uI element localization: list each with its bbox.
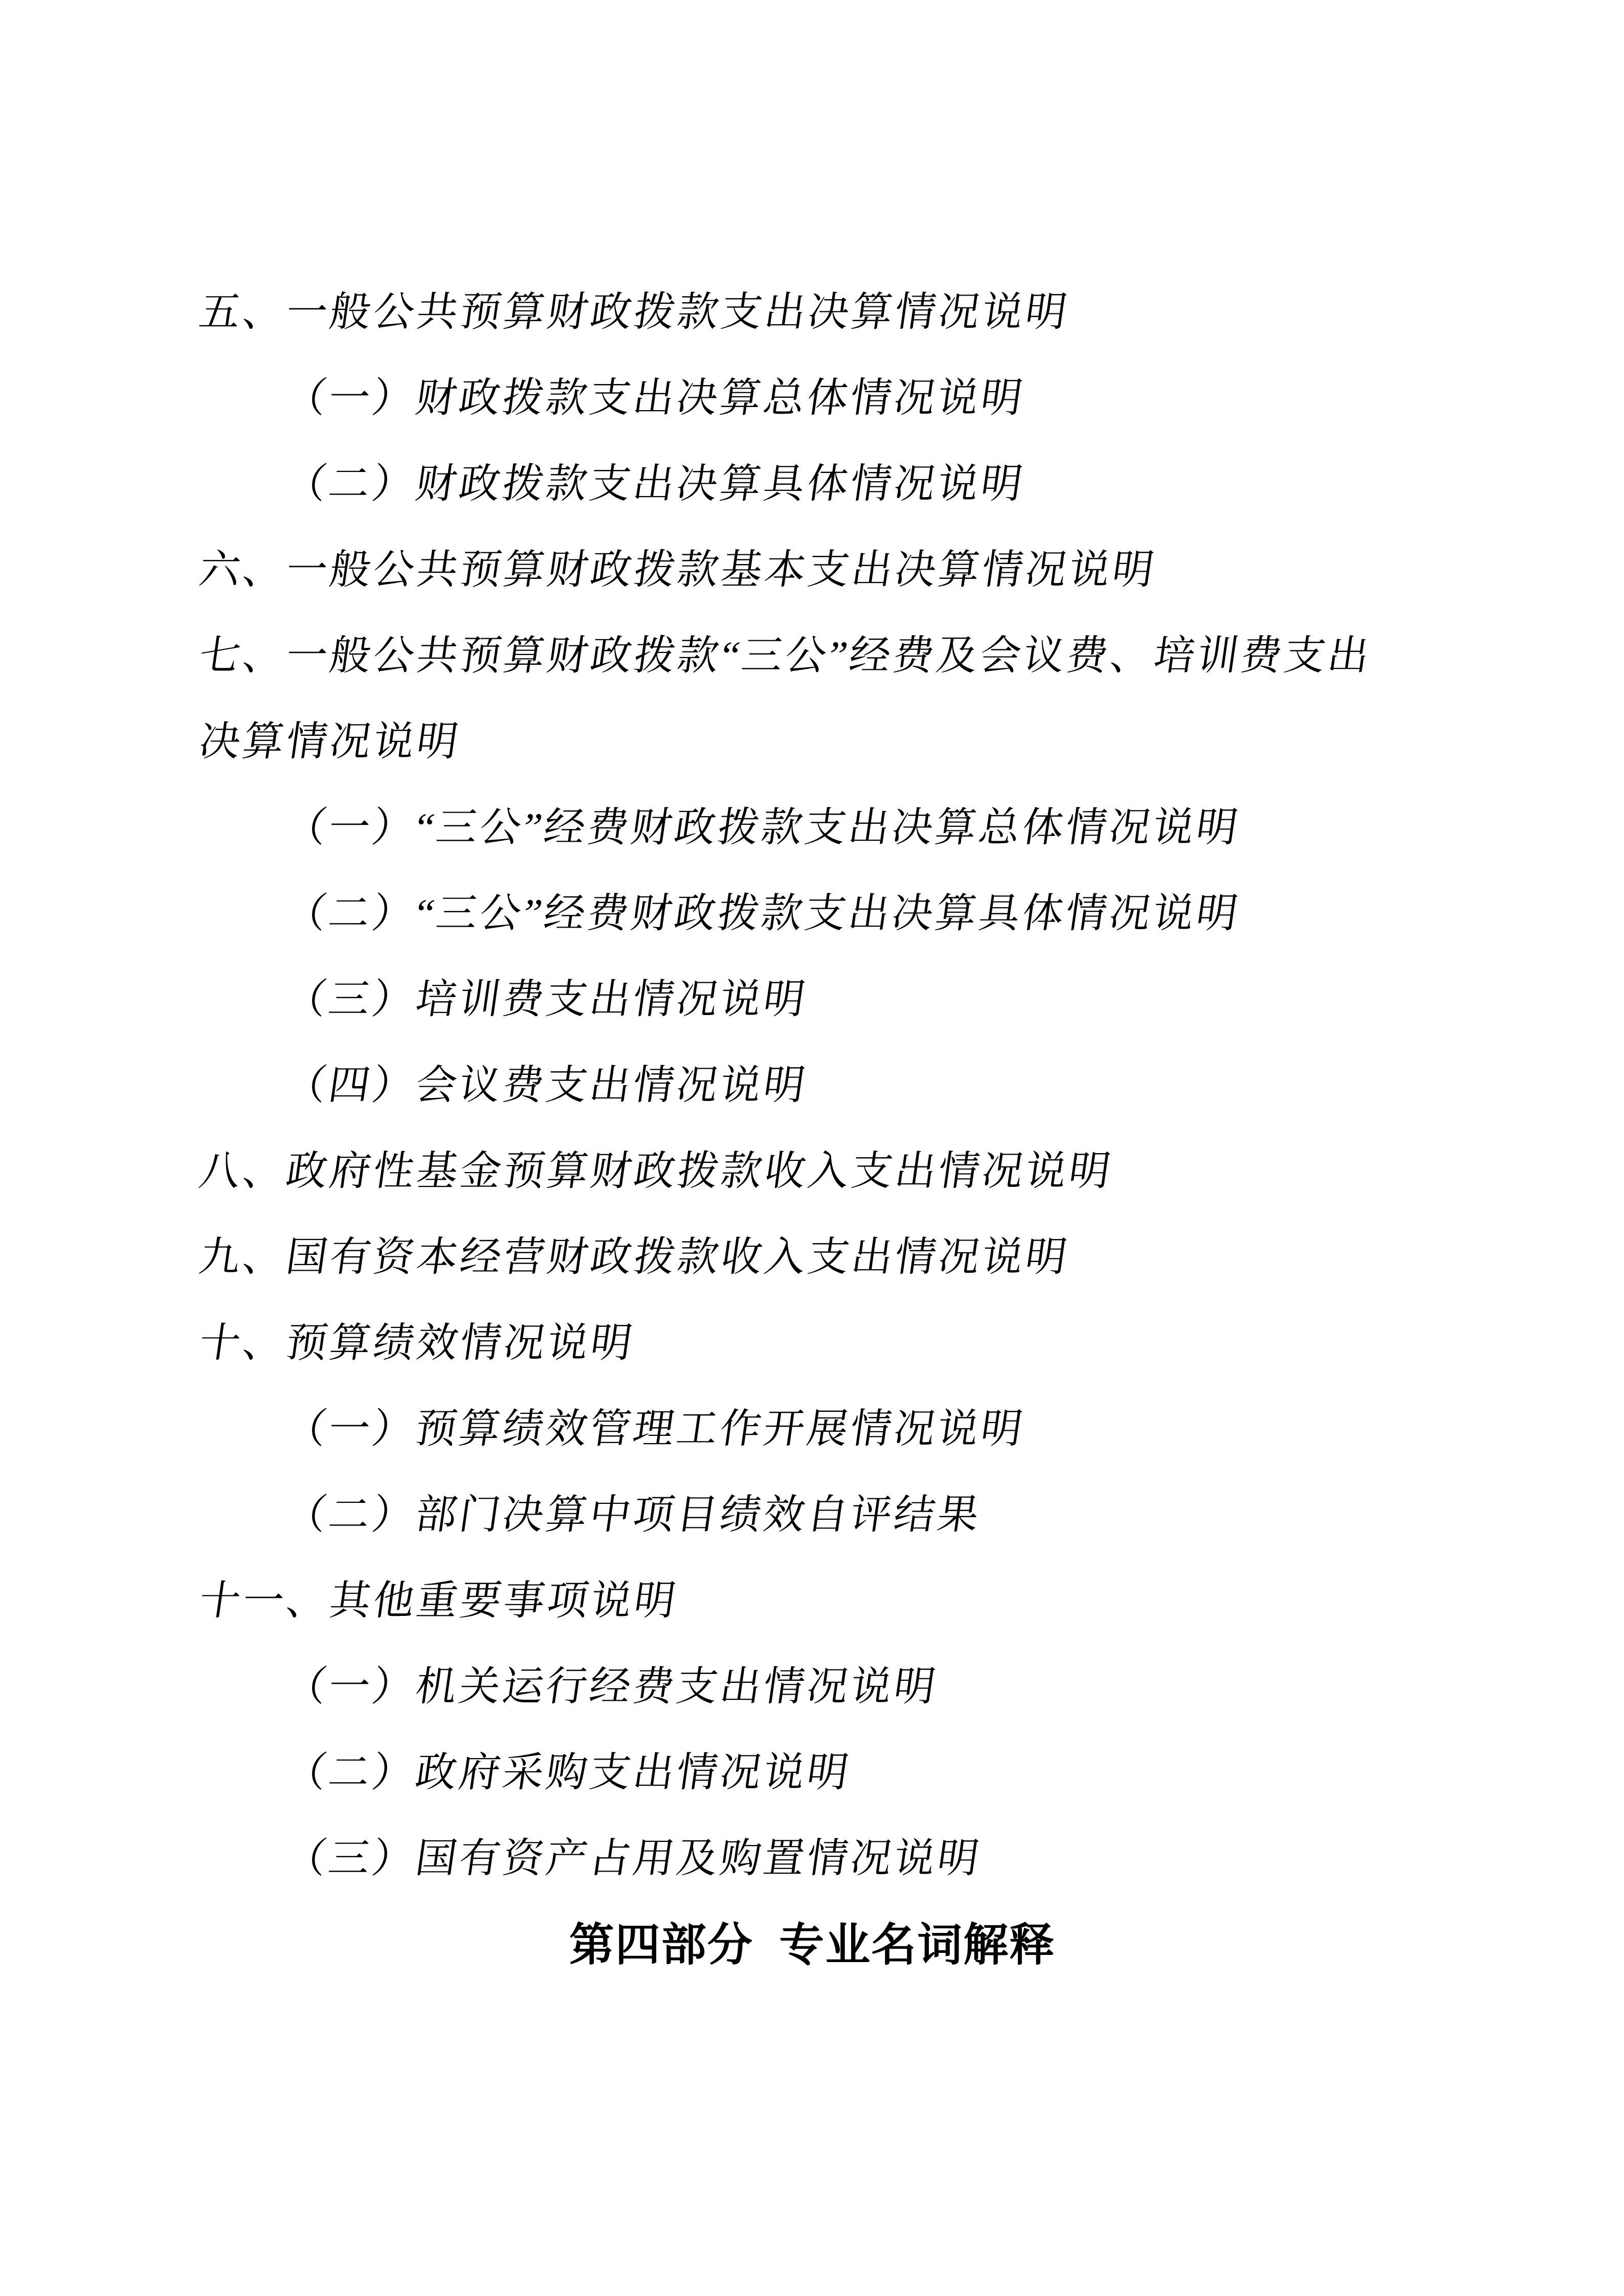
toc-line: （一）机关运行经费支出情况说明 — [199, 1644, 1425, 1730]
toc-line: （二）政府采购支出情况说明 — [199, 1730, 1425, 1816]
toc-line: 十、预算绩效情况说明 — [199, 1300, 1425, 1386]
toc-line: （四）会议费支出情况说明 — [199, 1043, 1425, 1129]
toc-line: 九、国有资本经营财政拨款收入支出情况说明 — [199, 1214, 1425, 1300]
toc-line: （二）财政拨款支出决算具体情况说明 — [199, 441, 1425, 527]
toc-line: 八、政府性基金预算财政拨款收入支出情况说明 — [199, 1129, 1425, 1214]
toc-line: 五、一般公共预算财政拨款支出决算情况说明 — [199, 269, 1425, 355]
toc-line-text: （二）“三公”经费财政拨款支出决算具体情况说明 — [279, 871, 1246, 957]
toc-line-text: （一）财政拨款支出决算总体情况说明 — [279, 355, 1031, 441]
toc-line-text: （二）政府采购支出情况说明 — [279, 1730, 857, 1816]
toc-line: （一）财政拨款支出决算总体情况说明 — [199, 355, 1425, 441]
toc-line-text: 九、国有资本经营财政拨款收入支出情况说明 — [193, 1214, 1075, 1300]
section-heading: 第四部分 专业名词解释 — [199, 1902, 1425, 1988]
toc-line: 十一、其他重要事项说明 — [199, 1558, 1425, 1644]
toc-line: 决算情况说明 — [199, 699, 1425, 785]
toc-line: （一）“三公”经费财政拨款支出决算总体情况说明 — [199, 785, 1425, 871]
toc-line: （三）国有资产占用及购置情况说明 — [199, 1816, 1425, 1902]
toc-line-text: 七、一般公共预算财政拨款“三公”经费及会议费、培训费支出 — [193, 613, 1377, 699]
toc-line-text: 十一、其他重要事项说明 — [193, 1558, 684, 1644]
toc-line-text: （一）“三公”经费财政拨款支出决算总体情况说明 — [279, 785, 1246, 871]
toc-list: 五、一般公共预算财政拨款支出决算情况说明（一）财政拨款支出决算总体情况说明（二）… — [199, 269, 1425, 1988]
toc-line: （二）“三公”经费财政拨款支出决算具体情况说明 — [199, 871, 1425, 957]
toc-line-text: （二）财政拨款支出决算具体情况说明 — [279, 441, 1031, 527]
toc-line-text: 决算情况说明 — [193, 699, 466, 785]
toc-line-text: （一）预算绩效管理工作开展情况说明 — [279, 1386, 1031, 1472]
toc-line-text: （二）部门决算中项目绩效自评结果 — [279, 1472, 987, 1558]
toc-line: （一）预算绩效管理工作开展情况说明 — [199, 1386, 1425, 1472]
toc-line-text: 十、预算绩效情况说明 — [193, 1300, 640, 1386]
toc-line-text: （三）培训费支出情况说明 — [279, 957, 813, 1043]
toc-line: （三）培训费支出情况说明 — [199, 957, 1425, 1043]
toc-line: 六、一般公共预算财政拨款基本支出决算情况说明 — [199, 527, 1425, 613]
toc-line-text: 八、政府性基金预算财政拨款收入支出情况说明 — [193, 1129, 1119, 1214]
document-page: 五、一般公共预算财政拨款支出决算情况说明（一）财政拨款支出决算总体情况说明（二）… — [0, 0, 1624, 2296]
toc-line-text: 五、一般公共预算财政拨款支出决算情况说明 — [193, 269, 1075, 355]
toc-line: （二）部门决算中项目绩效自评结果 — [199, 1472, 1425, 1558]
toc-line-text: （一）机关运行经费支出情况说明 — [279, 1644, 944, 1730]
toc-line-text: （四）会议费支出情况说明 — [279, 1043, 813, 1129]
toc-line-text: （三）国有资产占用及购置情况说明 — [279, 1816, 987, 1902]
toc-line: 七、一般公共预算财政拨款“三公”经费及会议费、培训费支出 — [199, 613, 1425, 699]
toc-line-text: 六、一般公共预算财政拨款基本支出决算情况说明 — [193, 527, 1162, 613]
